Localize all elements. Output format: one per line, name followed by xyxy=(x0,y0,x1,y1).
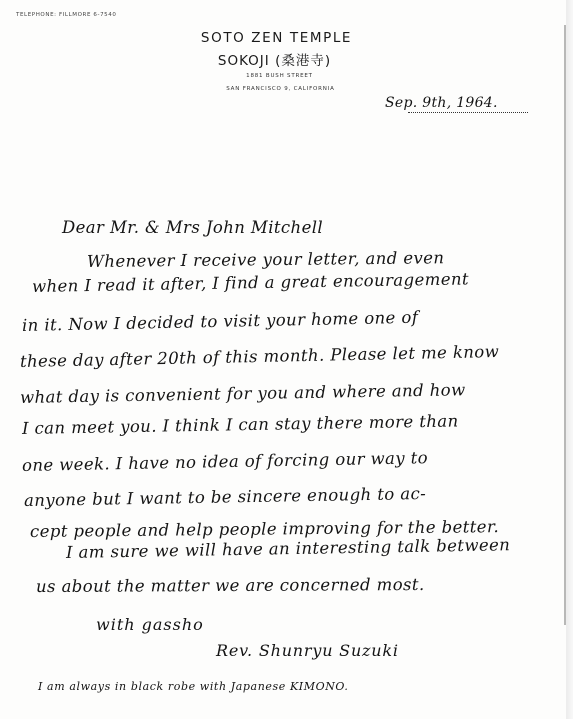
letterhead-organization: SOTO ZEN TEMPLE xyxy=(0,30,563,46)
date-underline xyxy=(408,112,528,113)
letterhead-telephone: TELEPHONE: FILLMORE 6-7540 xyxy=(16,12,116,18)
salutation: Dear Mr. & Mrs John Mitchell xyxy=(62,218,323,237)
body-line: Whenever I receive your letter, and even xyxy=(87,248,445,271)
body-line: anyone but I want to be sincere enough t… xyxy=(24,484,426,510)
letter-date: Sep. 9th, 1964. xyxy=(385,95,498,111)
letterhead-street: 1881 BUSH STREET xyxy=(0,73,566,79)
scan-edge-shadow xyxy=(566,0,573,719)
scan-edge-line xyxy=(564,25,566,625)
body-line: what day is convenient for you and where… xyxy=(20,380,466,407)
body-line: when I read it after, I find a great enc… xyxy=(32,269,469,296)
body-line: I can meet you. I think I can stay there… xyxy=(22,411,459,438)
letter-page: TELEPHONE: FILLMORE 6-7540 SOTO ZEN TEMP… xyxy=(0,0,573,719)
body-line: one week. I have no idea of forcing our … xyxy=(22,448,428,475)
postscript: I am always in black robe with Japanese … xyxy=(38,680,349,693)
body-line: us about the matter we are concerned mos… xyxy=(36,575,425,596)
body-line: in it. Now I decided to visit your home … xyxy=(22,308,419,335)
signature: Rev. Shunryu Suzuki xyxy=(216,641,399,660)
closing: with gassho xyxy=(96,615,204,634)
letterhead-temple-name: SOKOJI (桑港寺) xyxy=(0,49,561,69)
letterhead-city: SAN FRANCISCO 9, CALIFORNIA xyxy=(0,86,567,92)
body-line: these day after 20th of this month. Plea… xyxy=(20,342,500,371)
